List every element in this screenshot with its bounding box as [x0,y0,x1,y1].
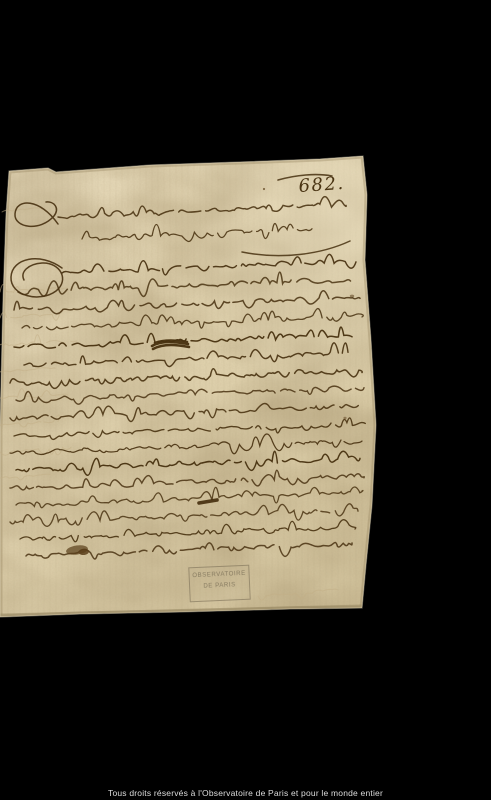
copyright-caption: Tous droits réservés à l'Observatoire de… [0,788,491,798]
photo-background: 682. OBSERVATOIRE DE PARIS Tous droits r… [0,0,491,800]
archive-stamp: OBSERVATOIRE DE PARIS [188,565,250,603]
folio-number: 682. [298,173,345,197]
manuscript-scan: 682. [0,0,491,800]
